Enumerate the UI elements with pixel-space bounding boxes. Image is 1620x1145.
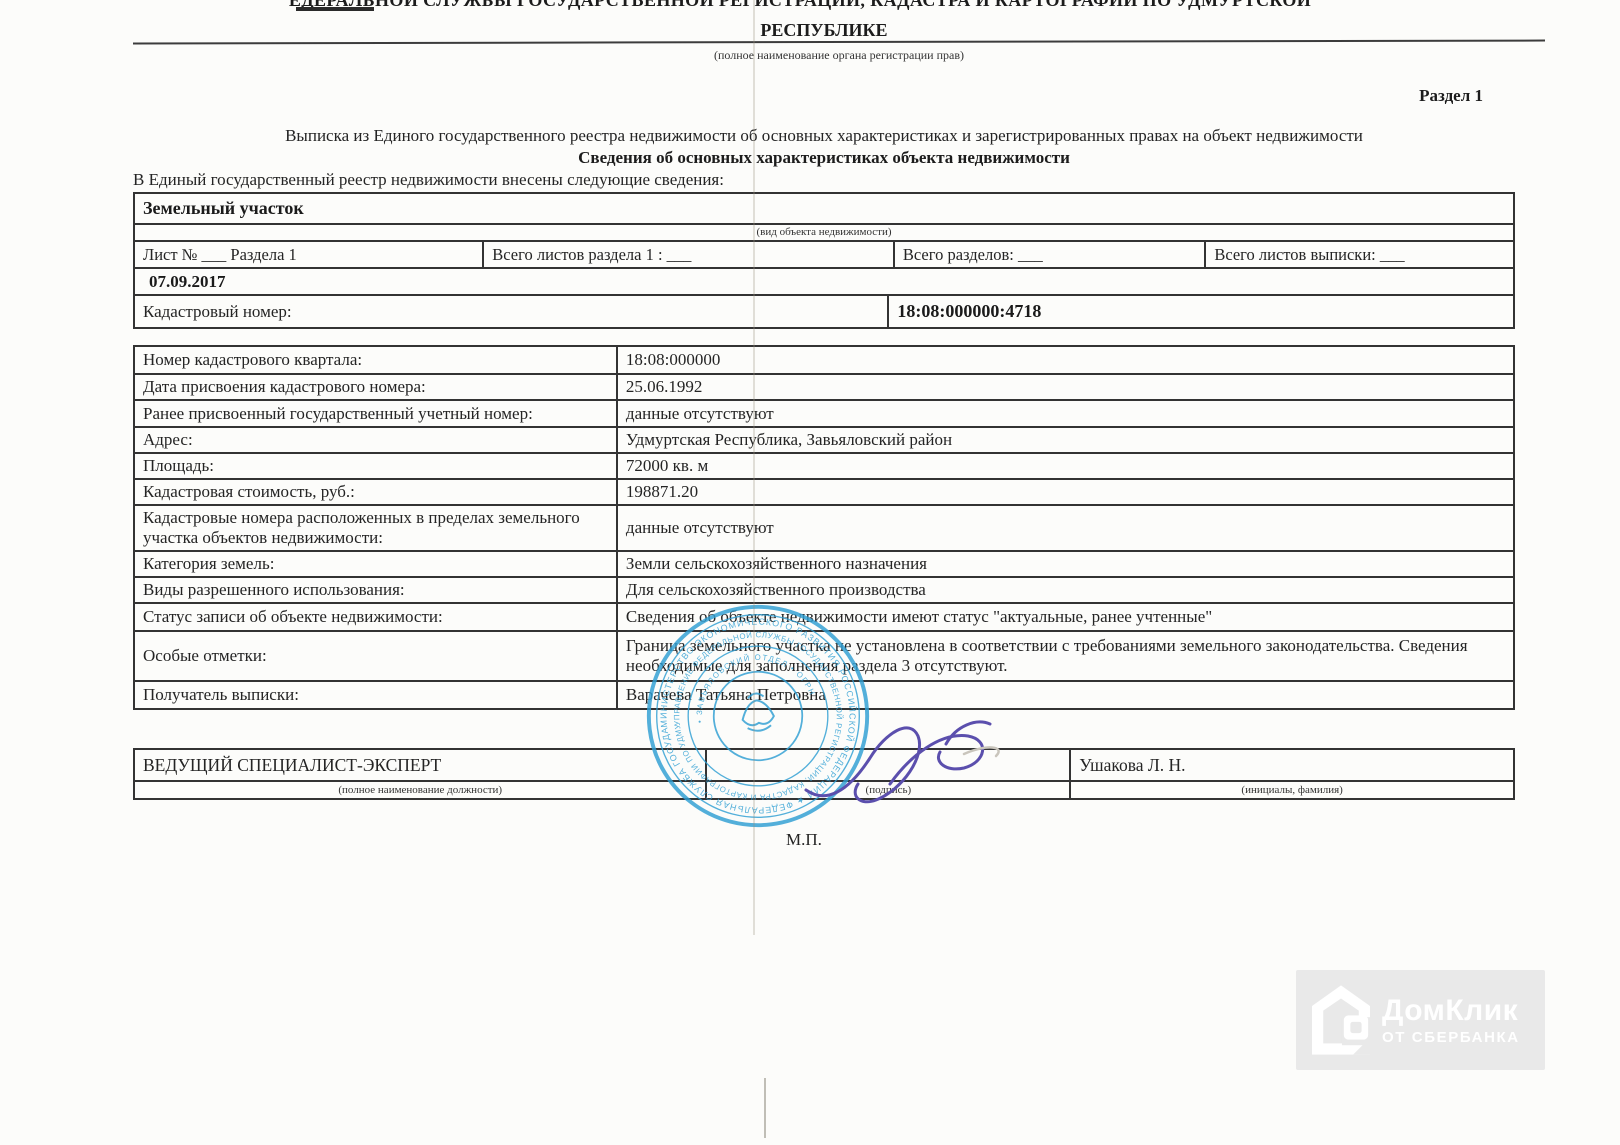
section-label: Раздел 1 — [133, 86, 1483, 106]
signature-cell — [705, 750, 1069, 780]
table-row: Получатель выписки: Варачева Татьяна Пет… — [135, 682, 1513, 708]
table-row: Статус записи об объекте недвижимости: С… — [135, 604, 1513, 632]
row-label: Кадастровые номера расположенных в преде… — [135, 506, 616, 550]
org-name-line2: РЕСПУБЛИКЕ — [133, 20, 1515, 41]
row-value: Для сельскохозяйственного производства — [616, 578, 1513, 602]
table-row: Дата присвоения кадастрового номера: 25.… — [135, 375, 1513, 401]
domclick-watermark: ДомКлик ОТ СБЕРБАНКА — [1296, 970, 1545, 1070]
row-label: Площадь: — [135, 454, 616, 478]
row-value: данные отсутствуют — [616, 506, 1513, 550]
row-value: Сведения об объекте недвижимости имеют с… — [616, 604, 1513, 630]
table-row: Категория земель: Земли сельскохозяйстве… — [135, 552, 1513, 578]
position-caption: (полное наименование должности) — [135, 782, 705, 798]
intro-line: В Единый государственный реестр недвижим… — [133, 170, 724, 190]
cadastral-number-value: 18:08:000000:4718 — [887, 296, 1513, 327]
org-name-caption: (полное наименование органа регистрации … — [133, 48, 1545, 63]
clipped-text-dash — [296, 7, 374, 11]
signature-main-row: ВЕДУЩИЙ СПЕЦИАЛИСТ-ЭКСПЕРТ Ушакова Л. Н. — [135, 750, 1513, 782]
seal-place-mark: М.П. — [786, 830, 822, 850]
row-value: 25.06.1992 — [616, 375, 1513, 399]
table-row: Кадастровая стоимость, руб.: 198871.20 — [135, 480, 1513, 506]
cadastral-number-row: Кадастровый номер: 18:08:000000:4718 — [135, 296, 1513, 327]
row-value: Удмуртская Республика, Завьяловский райо… — [616, 428, 1513, 452]
table-row: Кадастровые номера расположенных в преде… — [135, 506, 1513, 552]
row-value: 198871.20 — [616, 480, 1513, 504]
row-label: Получатель выписки: — [135, 682, 616, 708]
extract-date: 07.09.2017 — [135, 269, 1513, 294]
row-label: Номер кадастрового квартала: — [135, 347, 616, 373]
row-label: Адрес: — [135, 428, 616, 452]
object-info-table: Земельный участок (вид объекта недвижимо… — [133, 192, 1515, 329]
scanned-document-page: ЕДЕРАЛЬНОЙ СЛУЖБЫ ГОСУДАРСТВЕННОЙ РЕГИСТ… — [0, 0, 1620, 1145]
table-row: Адрес: Удмуртская Республика, Завьяловск… — [135, 428, 1513, 454]
table-row: Особые отметки: Граница земельного участ… — [135, 632, 1513, 682]
specialist-position: ВЕДУЩИЙ СПЕЦИАЛИСТ-ЭКСПЕРТ — [135, 750, 705, 780]
document-title: Выписка из Единого государственного реес… — [133, 126, 1515, 146]
row-value: Граница земельного участка не установлен… — [616, 632, 1513, 680]
sheet-numbers-row: Лист № ___ Раздела 1 Всего листов раздел… — [135, 242, 1513, 269]
domclick-house-icon — [1312, 985, 1370, 1055]
table-row: Виды разрешенного использования: Для сел… — [135, 578, 1513, 604]
row-label: Виды разрешенного использования: — [135, 578, 616, 602]
row-value: данные отсутствуют — [616, 401, 1513, 426]
row-label: Кадастровая стоимость, руб.: — [135, 480, 616, 504]
scan-fold-crease-bottom — [764, 1078, 766, 1138]
signature-caption-row: (полное наименование должности) (подпись… — [135, 782, 1513, 798]
row-label: Ранее присвоенный государственный учетны… — [135, 401, 616, 426]
name-caption: (инициалы, фамилия) — [1069, 782, 1513, 798]
sheet-number-cell: Лист № ___ Раздела 1 — [135, 242, 482, 267]
document-subtitle: Сведения об основных характеристиках объ… — [133, 148, 1515, 168]
row-label: Категория земель: — [135, 552, 616, 576]
row-label: Статус записи об объекте недвижимости: — [135, 604, 616, 630]
object-type: Земельный участок — [135, 194, 1513, 223]
table-row: Номер кадастрового квартала: 18:08:00000… — [135, 347, 1513, 375]
watermark-subtitle: ОТ СБЕРБАНКА — [1382, 1030, 1520, 1045]
row-value: Земли сельскохозяйственного назначения — [616, 552, 1513, 576]
row-value: Варачева Татьяна Петровна — [616, 682, 1513, 708]
signature-table: ВЕДУЩИЙ СПЕЦИАЛИСТ-ЭКСПЕРТ Ушакова Л. Н.… — [133, 748, 1515, 800]
watermark-brand: ДомКлик — [1382, 996, 1520, 1026]
specialist-name: Ушакова Л. Н. — [1069, 750, 1513, 780]
table-row: Ранее присвоенный государственный учетны… — [135, 401, 1513, 428]
row-label: Дата присвоения кадастрового номера: — [135, 375, 616, 399]
scan-fold-crease — [753, 0, 755, 935]
sign-caption: (подпись) — [705, 782, 1069, 798]
row-value: 72000 кв. м — [616, 454, 1513, 478]
row-value: 18:08:000000 — [616, 347, 1513, 373]
table-row: Площадь: 72000 кв. м — [135, 454, 1513, 480]
total-sections-cell: Всего разделов: ___ — [893, 242, 1204, 267]
object-type-caption: (вид объекта недвижимости) — [135, 225, 1513, 240]
cadastral-number-label: Кадастровый номер: — [135, 296, 887, 327]
details-table: Номер кадастрового квартала: 18:08:00000… — [133, 345, 1515, 710]
total-sheets-cell: Всего листов раздела 1 : ___ — [482, 242, 893, 267]
total-extract-sheets-cell: Всего листов выписки: ___ — [1204, 242, 1513, 267]
row-label: Особые отметки: — [135, 632, 616, 680]
